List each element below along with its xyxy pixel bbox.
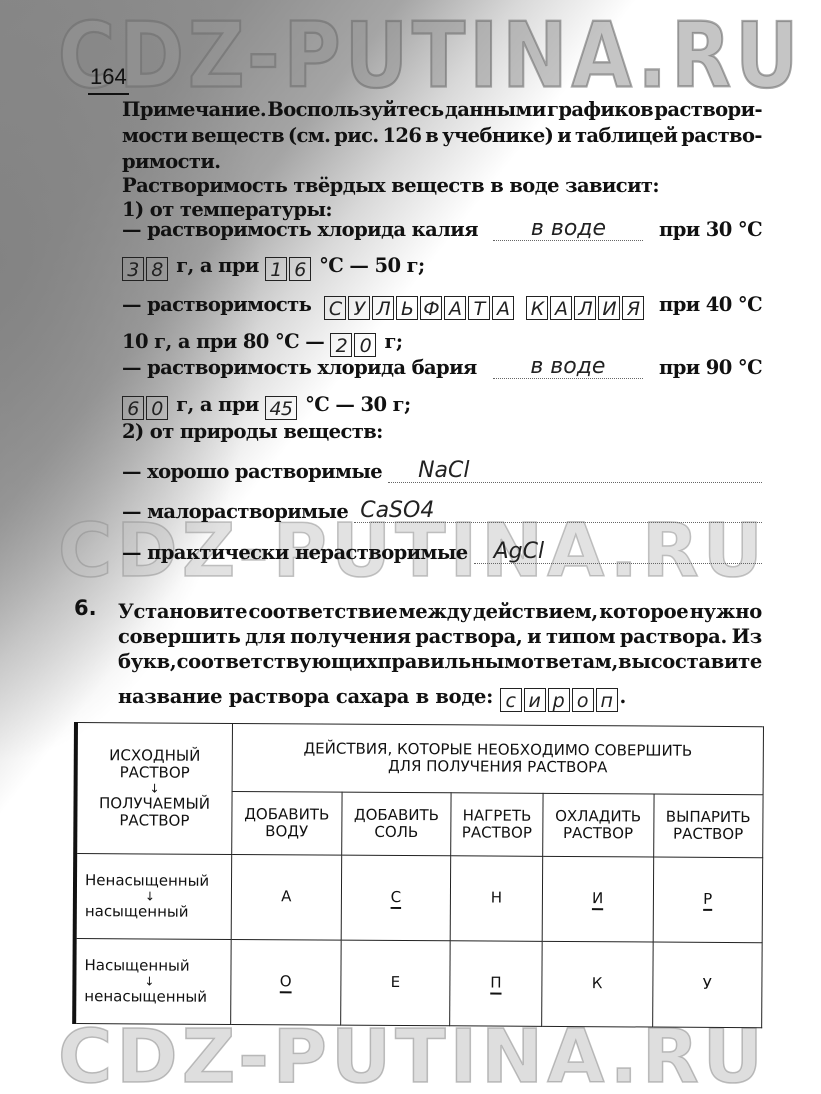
word: совершить [118,625,241,648]
bacl2-line: — растворимость хлорида бария в воде при… [122,356,762,379]
k2so4-answer-line: 10 г, а при 80 °C — 20 г; [122,330,402,357]
note-line-3: римости. [122,150,220,173]
answer-box[interactable]: А [550,296,572,320]
word: составите [651,650,762,673]
corner-header: ИСХОДНЫЙ РАСТВОР ↓ ПОЛУЧАЕМЫЙ РАСТВОР [75,723,232,855]
answer-box[interactable]: и [524,688,546,712]
word1-boxes[interactable]: СУЛЬФАТА [324,293,516,316]
answer-box[interactable]: Я [622,296,644,320]
answer-letter-cell[interactable]: Р [653,857,763,943]
nature-label: 2) от природы веществ: [122,420,383,443]
kcl-prefix: — растворимость хлорида калия [122,218,478,241]
answer-box[interactable]: Л [372,296,394,320]
nature-item-low: — малорастворимые CaSO4 [122,500,762,523]
initial-solution-label: ИСХОДНЫЙ РАСТВОР [109,746,200,782]
action-column-header: НАГРЕТЬРАСТВОР [451,792,543,856]
task-line-1: Установитесоответствиемеждудействием,кот… [118,600,762,623]
answer-box[interactable]: А [492,296,514,320]
answer-letter-cell[interactable]: Е [340,940,450,1026]
bacl2-end: °C — 30 г; [305,393,410,416]
action-column-header: ДОБАВИТЬВОДУ [232,791,342,855]
answer-box[interactable]: 0 [354,333,376,357]
action-column-header: ДОБАВИТЬСОЛЬ [341,792,451,856]
task-line-2: совершитьдляполученияраствора,итипомраст… [118,625,762,648]
kcl-end: °C — 50 г; [319,254,424,277]
action-column-header: ВЫПАРИТЬРАСТВОР [653,794,763,858]
word: соответствие [249,600,398,623]
answer-box[interactable]: Ь [396,296,418,320]
action-column-header: ОХЛАДИТЬРАСТВОР [542,793,653,857]
actions-header-line1: ДЕЙСТВИЯ, КОТОРЫЕ НЕОБХОДИМО СОВЕРШИТЬ [303,739,692,759]
word: Установите [118,600,247,623]
kcl-answer-line: 38 г, а при 16 °C — 50 г; [122,254,425,281]
word: Примечание. [122,98,266,121]
answer-letter-cell[interactable]: С [341,855,451,941]
k2so4-suffix: при 40 °C [659,293,762,320]
task-line-4: название раствора сахара в воде: сироп. [118,685,626,712]
answer-box[interactable]: 0 [146,396,168,420]
answer-box[interactable]: А [444,296,466,320]
word: и [557,124,571,147]
kcl-handwritten-field[interactable]: в воде [493,218,643,241]
bacl2-mid: г, а при [176,393,259,416]
word: графиков [547,98,653,121]
answer-box[interactable]: 1 [265,257,287,281]
note-line-1: Примечание.Воспользуйтесьданнымиграфиков… [122,98,762,121]
answer-box[interactable]: С [324,296,346,320]
nature-answer-field[interactable]: NaCl [388,460,762,483]
actions-header: ДЕЙСТВИЯ, КОТОРЫЕ НЕОБХОДИМО СОВЕРШИТЬ Д… [232,723,763,794]
word: между [399,600,472,623]
word: правильным [377,650,520,673]
answer-letter-cell[interactable]: Н [450,856,542,942]
word: данными [445,98,546,121]
word: получения [290,625,411,648]
word: раство- [681,124,762,147]
answer-letter-cell[interactable]: П [450,941,542,1027]
word: и [527,625,541,648]
page-number: 164 [88,64,129,95]
nature-item-label: — малорастворимые [122,500,348,523]
resulting-solution-label: ПОЛУЧАЕМЫЙ РАСТВОР [99,794,210,830]
answer-box[interactable]: р [548,688,570,712]
answer-box[interactable]: с [500,688,522,712]
word: букв, [118,650,176,673]
kcl-answer2-boxes[interactable]: 16 [265,254,313,281]
word: для [245,625,285,648]
answer-box[interactable]: 6 [289,257,311,281]
bacl2-answer2-boxes[interactable]: 45 [265,393,299,420]
word: соответствующих [177,650,378,673]
word: действием, [473,600,598,623]
answer-box[interactable]: Л [574,296,596,320]
bacl2-handwritten-field[interactable]: в воде [493,356,643,379]
section-heading: Растворимость твёрдых веществ в воде зав… [122,174,659,197]
answer-box[interactable]: 2 [330,333,352,357]
answer-letter-cell[interactable]: К [541,941,652,1027]
k2so4-letter-boxes[interactable]: СУЛЬФАТАКАЛИЯ [324,293,646,320]
note-line-2: мостивеществ(см.рис.126вучебнике)итаблиц… [122,124,762,147]
nature-item-insoluble: — практически нерастворимые AgCl [122,541,762,564]
answer-letter-cell[interactable]: У [652,942,762,1028]
k2so4-line2-start: 10 г, а при 80 °C — [122,330,324,353]
word: нужно [690,600,762,623]
bacl2-answer1-boxes[interactable]: 60 [122,393,170,420]
answer-letter-cell[interactable]: И [542,856,653,942]
word: Воспользуйтесь [267,98,443,121]
answer-box[interactable]: п [596,688,618,712]
answer-box[interactable]: 8 [146,257,168,281]
word: мости [122,124,187,147]
bacl2-answer-line: 60 г, а при 45 °C — 30 г; [122,393,411,420]
word: раствора. [620,625,727,648]
word: (см. [288,124,330,147]
nature-answer-field[interactable]: CaSO4 [354,500,762,523]
answer-box[interactable]: И [598,296,620,320]
answer-box[interactable]: У [348,296,370,320]
word: ответам, [521,650,618,673]
word: веществ [191,124,284,147]
word: рис. [334,124,378,147]
word: раствори- [654,98,762,121]
task-line-3: букв,соответствующихправильнымответам,вы… [118,650,762,673]
bacl2-suffix: при 90 °C [659,356,762,379]
bacl2-prefix: — растворимость хлорида бария [122,356,477,379]
sugar-solution-answer-boxes[interactable]: сироп [500,685,620,712]
nature-item-good: — хорошо растворимые NaCl [122,460,762,483]
word: в [425,124,438,147]
word: Из [732,625,762,648]
period: . [620,685,627,708]
word: которое [599,600,688,623]
answer-box[interactable]: Т [468,296,490,320]
k2so4-answer-boxes[interactable]: 20 [330,330,378,357]
word: раствора, [415,625,522,648]
answer-letter-cell[interactable]: О [231,939,341,1025]
kcl-suffix: при 30 °C [659,218,762,241]
task-number: 6. [74,596,97,620]
word: таблицей [575,124,677,147]
word: вы [618,650,651,673]
row-label: Ненасыщенный↓насыщенный [75,854,232,940]
k2so4-prefix: — растворимость [122,293,311,320]
word2-boxes[interactable]: КАЛИЯ [526,293,646,316]
actions-header-line2: ДЛЯ ПОЛУЧЕНИЯ РАСТВОРА [388,757,608,776]
k2so4-line2-end: г; [385,330,403,353]
task-line-4-text: название раствора сахара в воде: [118,685,493,708]
kcl-line: — растворимость хлорида калия в воде при… [122,218,762,241]
answer-box[interactable]: о [572,688,594,712]
k2so4-line: — растворимость СУЛЬФАТАКАЛИЯ при 40 °C [122,293,762,320]
answer-box[interactable]: 6 [122,396,144,420]
row-label: Насыщенный↓ненасыщенный [74,939,231,1025]
kcl-answer1-boxes[interactable]: 38 [122,254,170,281]
word: 126 [382,124,421,147]
nature-item-label: — практически нерастворимые [122,541,468,564]
watermark-top: CDZ-PUTINA.RU [58,5,802,109]
kcl-mid: г, а при [176,254,259,277]
answer-box[interactable]: К [526,296,548,320]
nature-item-label: — хорошо растворимые [122,460,382,483]
answer-box[interactable]: Ф [420,296,442,320]
answer-box[interactable]: 45 [265,396,297,420]
solution-matching-table: ИСХОДНЫЙ РАСТВОР ↓ ПОЛУЧАЕМЫЙ РАСТВОР ДЕ… [72,722,764,1028]
answer-letter-cell[interactable]: А [231,854,341,940]
word: учебнике) [442,124,553,147]
nature-answer-field[interactable]: AgCl [474,541,762,564]
word: типом [546,625,615,648]
answer-box[interactable]: 3 [122,257,144,281]
